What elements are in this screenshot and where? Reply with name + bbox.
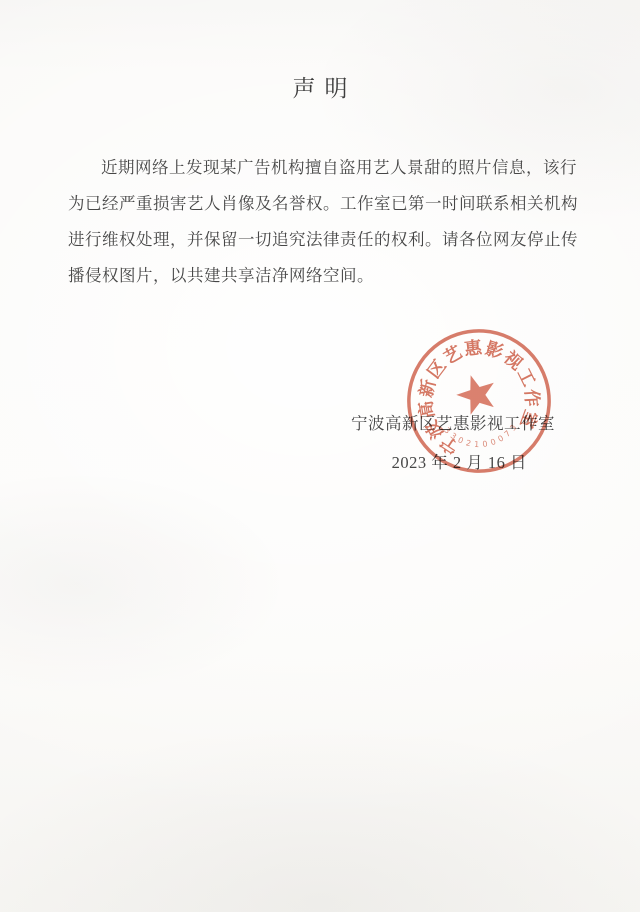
statement-document-page: 声明 近期网络上发现某广告机构擅自盗用艺人景甜的照片信息，该行 为已经严重损害艺… xyxy=(0,0,640,912)
document-title: 声明 xyxy=(0,70,640,103)
seal-serial-digit: 0 xyxy=(482,439,488,449)
seal-star-icon xyxy=(452,369,501,417)
seal-arc-character: 惠 xyxy=(463,337,484,359)
statement-body: 近期网络上发现某广告机构擅自盗用艺人景甜的照片信息，该行 为已经严重损害艺人肖像… xyxy=(68,150,580,294)
seal-serial-digit: 2 xyxy=(465,438,472,448)
body-line: 播侵权图片，以共建共享洁净网络空间。 xyxy=(68,258,580,294)
official-round-seal-stamp: 宁波高新区艺惠影视工作室3302100073 xyxy=(394,316,564,486)
body-line: 近期网络上发现某广告机构擅自盗用艺人景甜的照片信息，该行 xyxy=(68,150,580,186)
seal-serial-digit: 0 xyxy=(496,434,505,444)
seal-arc-character: 作 xyxy=(522,389,543,408)
seal-arc-character: 室 xyxy=(516,408,541,432)
seal-serial-digit: 0 xyxy=(456,435,464,445)
body-line: 进行维权处理，并保留一切追究法律责任的权利。请各位网友停止传 xyxy=(68,222,580,258)
seal-serial-digit: 0 xyxy=(489,437,497,447)
seal-serial-digit: 1 xyxy=(474,440,480,449)
seal-serial-digit: 3 xyxy=(508,423,518,433)
body-line: 为已经严重损害艺人肖像及名誉权。工作室已第一时间联系相关机构 xyxy=(68,186,580,222)
seal-arc-character: 高 xyxy=(415,399,438,420)
